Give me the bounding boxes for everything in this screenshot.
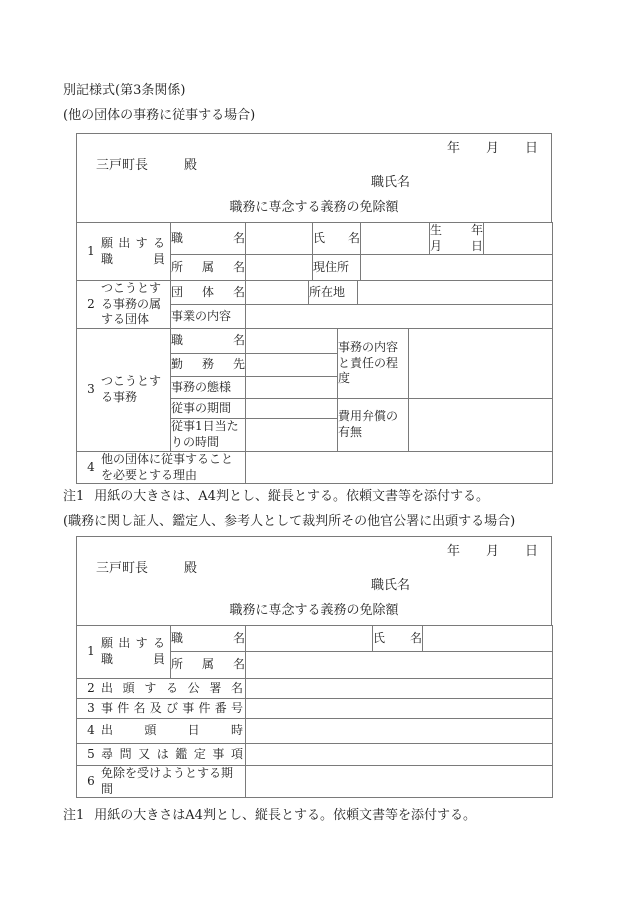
form1-job-title-label-cell: 職名 xyxy=(171,223,246,255)
honorific: 殿 xyxy=(184,561,197,577)
row-number: 1 xyxy=(81,244,101,260)
form1-address-value xyxy=(361,255,553,281)
section2-caption: (職務に関し証人、鑑定人、参考人として裁判所その他官公署に出頭する場合) xyxy=(63,510,515,529)
table-row: 1 願出する 職員 職名 氏名 xyxy=(77,626,553,652)
location-label: 所在地 xyxy=(309,285,357,301)
form2-row4-head: 4 出頭日時 xyxy=(77,719,246,744)
table-row: 2 つこうとする事務の属する団体 団体名 所在地 xyxy=(77,281,553,305)
form1-row3-job-title-value xyxy=(246,328,338,353)
job-title-label: 職名 xyxy=(171,231,245,247)
date-day-label: 日 xyxy=(525,544,538,560)
form1-expense-value xyxy=(409,398,553,451)
form1-org-name-value xyxy=(246,281,309,305)
table-row: 4 他の団体に従事することを必要とする理由 xyxy=(77,451,553,483)
form1-expense-label-cell: 費用弁償の有無 xyxy=(338,398,409,451)
form1-birthdate-value xyxy=(484,223,553,255)
expense-label: 費用弁償の有無 xyxy=(338,409,408,440)
form2-row6-label: 免除を受けようとする期間 xyxy=(101,766,243,797)
form2-row1-head: 1 願出する 職員 xyxy=(77,626,171,679)
attachment-heading: 別記様式(第3条関係) xyxy=(63,79,185,98)
form1-address-label-cell: 現住所 xyxy=(313,255,361,281)
form2-name-label-cell: 氏名 xyxy=(373,626,423,652)
form1-work-form-label-cell: 事務の態様 xyxy=(171,376,246,398)
signer-line: 職氏名 xyxy=(77,175,551,191)
signer-line: 職氏名 xyxy=(77,578,551,594)
note-text: 用紙の大きさはA4判とし、縦長とする。依頼文書等を添付する。 xyxy=(94,804,476,823)
form1-work-form-value xyxy=(246,376,338,398)
form1-row4-group: 4 他の団体に従事することを必要とする理由 xyxy=(76,451,553,484)
form1-business-value xyxy=(246,305,553,329)
content-responsibility-label: 事務の内容と責任の程度 xyxy=(338,340,408,387)
form2-row2-label: 出頭する公署名 xyxy=(101,681,243,697)
form-title: 職務に専念する義務の免除額 xyxy=(77,603,551,619)
form2-name-value xyxy=(423,626,553,652)
form1-job-title-value xyxy=(246,223,313,255)
row-number: 4 xyxy=(81,723,101,739)
row-number: 2 xyxy=(81,681,101,697)
row-number: 6 xyxy=(81,774,101,790)
form2-rows-group: 2 出頭する公署名 3 事件名及び事件番号 4 xyxy=(76,678,553,798)
form2: 年 月 日 三戸町長 殿 職氏名 職務に専念する義務の免除額 1 願出する 職員 xyxy=(76,536,552,798)
row-number: 3 xyxy=(81,382,101,398)
form2-row2-value xyxy=(246,679,553,699)
form1-affiliation-label-cell: 所属名 xyxy=(171,255,246,281)
form1-row3-head: 3 つこうとする事務 xyxy=(77,328,171,451)
note-text: 用紙の大きさは、A4判とし、縦長とする。依頼文書等を添付する。 xyxy=(94,485,489,504)
date-line: 年 月 日 xyxy=(77,544,551,560)
form1-row1-label: 願出する 職員 xyxy=(101,236,165,267)
form1-name-label-cell: 氏名 xyxy=(313,223,361,255)
form2-row1-label: 願出する 職員 xyxy=(101,636,165,667)
form1-row3-group: 3 つこうとする事務 職名 事務の内容と責任の程度 勤務先 事務の態様 従事の期… xyxy=(76,328,553,452)
form1-workplace-label-cell: 勤務先 xyxy=(171,353,246,376)
form2-affiliation-value xyxy=(246,652,553,679)
form2-row6-head: 6 免除を受けようとする期間 xyxy=(77,766,246,798)
date-day-label: 日 xyxy=(525,141,538,157)
name-label: 氏名 xyxy=(373,631,422,647)
date-month-label: 月 xyxy=(486,141,499,157)
date-year-label: 年 xyxy=(447,544,460,560)
form1-workplace-value xyxy=(246,353,338,376)
form1-row4-label: 他の団体に従事することを必要とする理由 xyxy=(101,452,243,483)
form1-daily-hours-value xyxy=(246,418,338,451)
workplace-label: 勤務先 xyxy=(171,357,245,373)
form1: 年 月 日 三戸町長 殿 職氏名 職務に専念する義務の免除額 1 願出する 職員 xyxy=(76,133,552,484)
form1-row2-label: つこうとする事務の属する団体 xyxy=(101,281,165,328)
form2-row5-value xyxy=(246,744,553,766)
table-row: 5 尋問又は鑑定事項 xyxy=(77,744,553,766)
form1-period-value xyxy=(246,398,338,418)
form1-row4-head: 4 他の団体に従事することを必要とする理由 xyxy=(77,451,246,483)
table-row: 1 願出する 職員 職名 氏名 生年 月日 xyxy=(77,223,553,255)
form1-content-responsibility-label-cell: 事務の内容と責任の程度 xyxy=(338,328,409,398)
form1-row4-value xyxy=(246,451,553,483)
note-label: 注1 xyxy=(63,804,84,823)
form1-name-value xyxy=(361,223,430,255)
form-title: 職務に専念する義務の免除額 xyxy=(77,200,551,216)
birthdate-label: 生年 月日 xyxy=(430,223,483,254)
form2-row3-value xyxy=(246,699,553,719)
form2-row3-label: 事件名及び事件番号 xyxy=(101,701,243,717)
form1-org-name-label-cell: 団体名 xyxy=(171,281,246,305)
section1-caption: (他の団体の事務に従事する場合) xyxy=(63,104,255,123)
row-number: 1 xyxy=(81,644,101,660)
addressee-line: 三戸町長 殿 xyxy=(77,561,551,577)
date-line: 年 月 日 xyxy=(77,141,551,157)
form1-period-label-cell: 従事の期間 xyxy=(171,398,246,418)
note-label: 注1 xyxy=(63,485,84,504)
job-title-label: 職名 xyxy=(171,333,245,349)
form2-row5-label: 尋問又は鑑定事項 xyxy=(101,747,243,763)
addressee: 三戸町長 xyxy=(96,158,148,174)
period-label: 従事の期間 xyxy=(171,401,245,417)
form1-row1-group: 1 願出する 職員 職名 氏名 生年 月日 所属名 現住所 xyxy=(76,222,553,281)
table-row: 3 事件名及び事件番号 xyxy=(77,699,553,719)
row-number: 2 xyxy=(81,297,101,313)
job-title-label: 職名 xyxy=(171,631,245,647)
form1-row2-group: 2 つこうとする事務の属する団体 団体名 所在地 事業の内容 xyxy=(76,280,553,329)
form2-row3-head: 3 事件名及び事件番号 xyxy=(77,699,246,719)
work-form-label: 事務の態様 xyxy=(171,380,245,396)
address-label: 現住所 xyxy=(313,260,360,276)
form1-location-value xyxy=(358,281,553,305)
form1-affiliation-value xyxy=(246,255,313,281)
form1-location-label-cell: 所在地 xyxy=(309,281,358,305)
table-row: 2 出頭する公署名 xyxy=(77,679,553,699)
business-label: 事業の内容 xyxy=(171,309,245,325)
form1-birthdate-label-cell: 生年 月日 xyxy=(430,223,484,255)
table-row: 4 出頭日時 xyxy=(77,719,553,744)
form2-row4-value xyxy=(246,719,553,744)
form1-business-label-cell: 事業の内容 xyxy=(171,305,246,329)
table-row: 6 免除を受けようとする期間 xyxy=(77,766,553,798)
form2-affiliation-label-cell: 所属名 xyxy=(171,652,246,679)
form1-header: 年 月 日 三戸町長 殿 職氏名 職務に専念する義務の免除額 xyxy=(76,133,552,223)
row-number: 3 xyxy=(81,701,101,717)
row-number: 4 xyxy=(81,460,101,476)
affiliation-label: 所属名 xyxy=(171,260,245,276)
form1-content-responsibility-value xyxy=(409,328,553,398)
org-name-label: 団体名 xyxy=(171,285,245,301)
form1-row2-head: 2 つこうとする事務の属する団体 xyxy=(77,281,171,329)
form1-row1-head: 1 願出する 職員 xyxy=(77,223,171,281)
signer-label: 職氏名 xyxy=(371,175,410,190)
form2-header: 年 月 日 三戸町長 殿 職氏名 職務に専念する義務の免除額 xyxy=(76,536,552,626)
form2-note: 注1 用紙の大きさはA4判とし、縦長とする。依頼文書等を添付する。 xyxy=(63,804,476,823)
form2-row1-group: 1 願出する 職員 職名 氏名 所属名 xyxy=(76,625,553,679)
name-label: 氏名 xyxy=(313,231,360,247)
form1-daily-hours-label-cell: 従事1日当たりの時間 xyxy=(171,418,246,451)
table-row: 3 つこうとする事務 職名 事務の内容と責任の程度 xyxy=(77,328,553,353)
date-month-label: 月 xyxy=(486,544,499,560)
document-page: 別記様式(第3条関係) (他の団体の事務に従事する場合) 年 月 日 三戸町長 … xyxy=(0,0,630,903)
form2-row4-label: 出頭日時 xyxy=(101,723,243,739)
form2-row2-head: 2 出頭する公署名 xyxy=(77,679,246,699)
row-number: 5 xyxy=(81,747,101,763)
affiliation-label: 所属名 xyxy=(171,657,245,673)
form1-row3-job-title-label-cell: 職名 xyxy=(171,328,246,353)
addressee: 三戸町長 xyxy=(96,561,148,577)
addressee-line: 三戸町長 殿 xyxy=(77,158,551,174)
form2-row5-head: 5 尋問又は鑑定事項 xyxy=(77,744,246,766)
form2-job-title-value xyxy=(246,626,373,652)
date-year-label: 年 xyxy=(447,141,460,157)
form1-note: 注1 用紙の大きさは、A4判とし、縦長とする。依頼文書等を添付する。 xyxy=(63,485,489,504)
honorific: 殿 xyxy=(184,158,197,174)
daily-hours-label: 従事1日当たりの時間 xyxy=(171,419,245,450)
form1-row3-label: つこうとする事務 xyxy=(101,374,165,405)
signer-label: 職氏名 xyxy=(371,578,410,593)
form2-row6-value xyxy=(246,766,553,798)
form2-job-title-label-cell: 職名 xyxy=(171,626,246,652)
